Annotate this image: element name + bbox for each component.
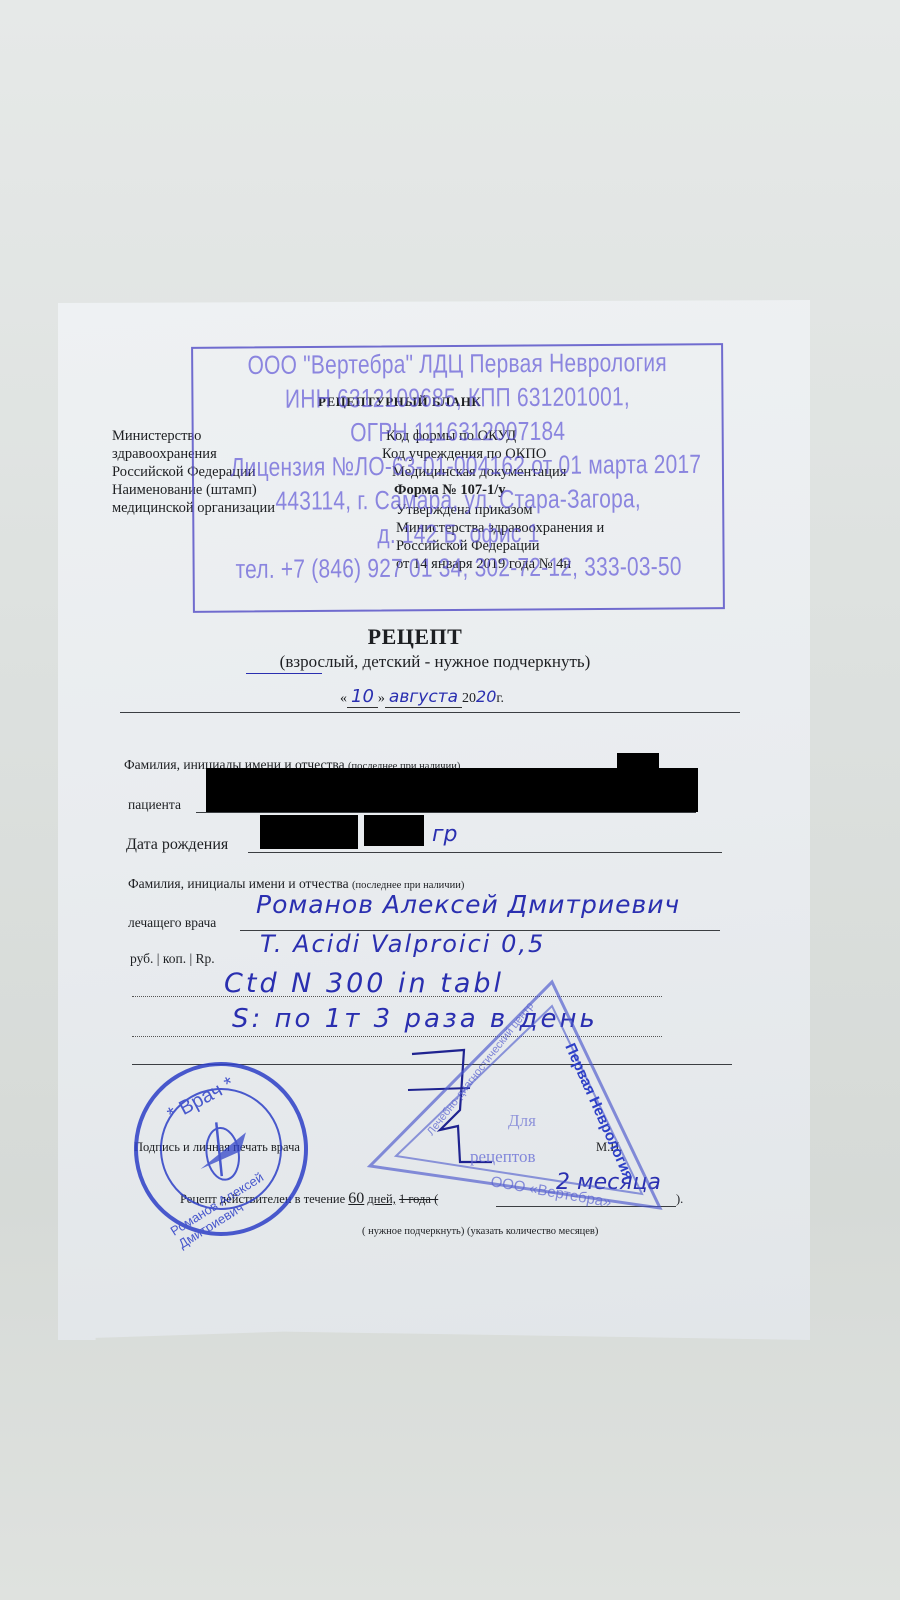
doctor-name-handwritten: Романов Алексей Дмитриевич (256, 890, 680, 919)
triangle-side-right: Первая Неврология (561, 1041, 637, 1183)
patient-label: пациента (128, 797, 181, 813)
triangle-bottom: ООО «Вертебра» (489, 1173, 612, 1211)
caduceus-icon (181, 1109, 260, 1188)
stamp-building: д. 142 Б, офис 1 (194, 518, 722, 552)
doctor-label: лечащего врача (128, 915, 216, 931)
date-row: «10»августа2020г. (340, 686, 504, 707)
adult-underline (246, 673, 322, 674)
validity-close: ). (676, 1192, 683, 1207)
date-quote: « (340, 691, 347, 706)
date-quote: » (378, 691, 385, 706)
dob-field (248, 852, 722, 853)
stamp-inn: ИНН 6312109685, КПП 631201001, (193, 382, 721, 416)
dob-suffix: гр (432, 822, 458, 847)
date-year-mark: г. (496, 691, 504, 706)
date-year-prefix: 20 (462, 691, 476, 706)
redacted-dob-day (260, 815, 358, 849)
stamp-license: Лицензия №ЛО-63-01-004162 от 01 марта 20… (202, 450, 730, 484)
redacted-dob-year (364, 815, 424, 846)
date-year: 20 (476, 687, 496, 706)
dob-label: Дата рождения (126, 836, 228, 854)
rx-line-1: T. Acidi Valproici 0,5 (260, 930, 545, 958)
document-title: РЕЦЕПТ (0, 624, 830, 650)
redacted-block (617, 753, 659, 769)
document-subtitle: (взрослый, детский - нужное подчеркнуть) (0, 652, 870, 672)
organization-stamp: ООО "Вертебра" ЛДЦ Первая Неврология ИНН… (191, 343, 725, 613)
triangle-center-1: Для (508, 1111, 536, 1130)
triangle-stamp: Первая Неврология Лечебно-диагностически… (360, 976, 670, 1246)
redacted-patient-name (206, 768, 698, 812)
stamp-phone: тел. +7 (846) 927 01 34, 302-72-12, 333-… (195, 552, 723, 586)
patient-name-field (196, 812, 696, 813)
rp-label: руб. | коп. | Rp. (130, 951, 215, 967)
stamp-ogrn: ОГРН 1116312007184 (194, 416, 722, 450)
section-divider (120, 712, 740, 713)
stamp-address: 443114, г. Самара, ул. Стара-Загора, (194, 484, 722, 518)
label-text: Фамилия, инициалы имени и отчества (128, 876, 349, 891)
triangle-center-2: рецептов (470, 1147, 536, 1166)
date-day: 10 (347, 686, 378, 708)
stamp-org-name: ООО "Вертебра" ЛДЦ Первая Неврология (193, 348, 721, 382)
date-month: августа (385, 687, 462, 708)
